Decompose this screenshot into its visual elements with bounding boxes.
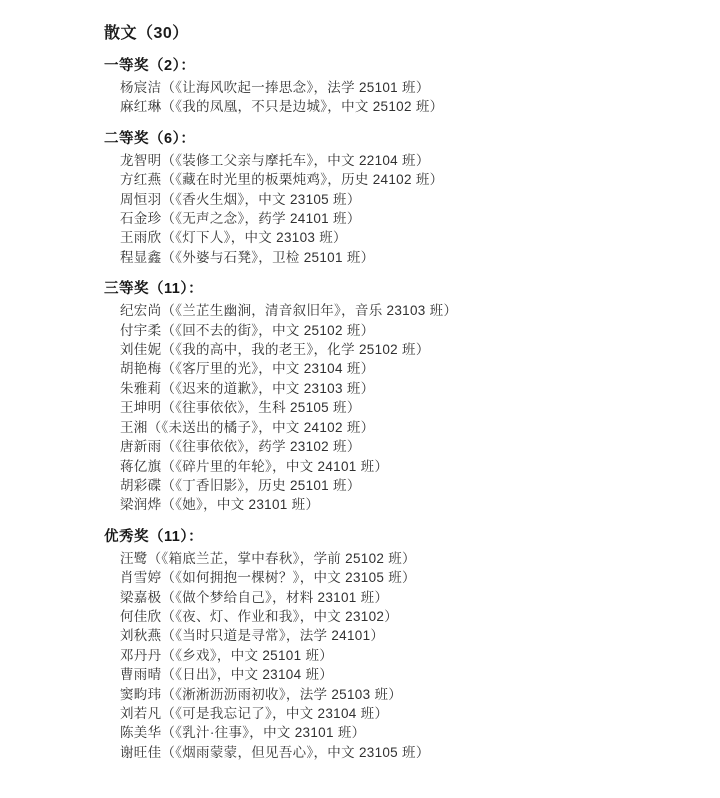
award-entry: 刘秋燕（《当时只道是寻常》，法学 24101）	[104, 626, 680, 645]
page-title: 散文（30）	[104, 24, 680, 44]
award-entry: 胡艳梅（《客厅里的光》，中文 23104 班）	[104, 359, 680, 378]
award-entry: 刘佳妮（《我的高中，我的老王》，化学 25102 班）	[104, 340, 680, 359]
award-section: 优秀奖（11）：汪鹭（《箱底兰芷，掌中春秋》，学前 25102 班）肖雪婷（《如…	[104, 528, 680, 762]
award-entry: 石金珍（《无声之念》，药学 24101 班）	[104, 209, 680, 228]
award-entry: 龙智明（《装修工父亲与摩托车》，中文 22104 班）	[104, 151, 680, 170]
award-entry: 周恒羽（《香火生烟》，中文 23105 班）	[104, 190, 680, 209]
award-entry: 胡彩碟（《丁香旧影》，历史 25101 班）	[104, 476, 680, 495]
award-entry: 方红燕（《藏在时光里的板栗炖鸡》，历史 24102 班）	[104, 170, 680, 189]
award-entry: 梁润烨（《她》，中文 23101 班）	[104, 495, 680, 514]
award-entry: 曹雨晴（《日出》，中文 23104 班）	[104, 665, 680, 684]
award-entry: 窦畇玮（《淅淅沥沥雨初收》，法学 25103 班）	[104, 685, 680, 704]
award-entry: 刘若凡（《可是我忘记了》，中文 23104 班）	[104, 704, 680, 723]
section-heading: 三等奖（11）：	[104, 280, 680, 299]
award-entry: 朱雅莉（《迟来的道歉》，中文 23103 班）	[104, 379, 680, 398]
award-entry: 蒋亿旗（《碎片里的年轮》，中文 24101 班）	[104, 457, 680, 476]
award-sections-container: 一等奖（2）：杨宸洁（《让海风吹起一捧思念》，法学 25101 班）麻红琳（《我…	[104, 57, 680, 762]
award-entry: 王湘（《未送出的橘子》，中文 24102 班）	[104, 418, 680, 437]
document-page: 散文（30） 一等奖（2）：杨宸洁（《让海风吹起一捧思念》，法学 25101 班…	[0, 0, 720, 798]
award-section: 二等奖（6）：龙智明（《装修工父亲与摩托车》，中文 22104 班）方红燕（《藏…	[104, 130, 680, 267]
award-entry: 汪鹭（《箱底兰芷，掌中春秋》，学前 25102 班）	[104, 549, 680, 568]
award-entry: 梁嘉极（《做个梦给自己》，材料 23101 班）	[104, 588, 680, 607]
award-entry: 王坤明（《往事依依》，生科 25105 班）	[104, 398, 680, 417]
award-entry: 程显鑫（《外婆与石凳》，卫检 25101 班）	[104, 248, 680, 267]
award-section: 三等奖（11）：纪宏尚（《兰芷生幽涧，清音叙旧年》，音乐 23103 班）付宇柔…	[104, 280, 680, 514]
award-section: 一等奖（2）：杨宸洁（《让海风吹起一捧思念》，法学 25101 班）麻红琳（《我…	[104, 57, 680, 117]
award-entry: 邓丹丹（《乡戏》，中文 25101 班）	[104, 646, 680, 665]
award-entry: 何佳欣（《夜、灯、作业和我》，中文 23102）	[104, 607, 680, 626]
award-entry: 杨宸洁（《让海风吹起一捧思念》，法学 25101 班）	[104, 78, 680, 97]
award-entry: 麻红琳（《我的凤凰，不只是边城》，中文 25102 班）	[104, 97, 680, 116]
award-entry: 肖雪婷（《如何拥抱一棵树？》，中文 23105 班）	[104, 568, 680, 587]
section-heading: 二等奖（6）：	[104, 130, 680, 149]
section-heading: 优秀奖（11）：	[104, 528, 680, 547]
award-entry: 纪宏尚（《兰芷生幽涧，清音叙旧年》，音乐 23103 班）	[104, 301, 680, 320]
section-heading: 一等奖（2）：	[104, 57, 680, 76]
award-entry: 唐新雨（《往事依依》，药学 23102 班）	[104, 437, 680, 456]
award-entry: 谢旺佳（《烟雨蒙蒙，但见吾心》，中文 23105 班）	[104, 743, 680, 762]
award-entry: 王雨欣（《灯下人》，中文 23103 班）	[104, 228, 680, 247]
award-entry: 付宇柔（《回不去的街》，中文 25102 班）	[104, 321, 680, 340]
award-entry: 陈美华（《乳汁·往事》，中文 23101 班）	[104, 723, 680, 742]
